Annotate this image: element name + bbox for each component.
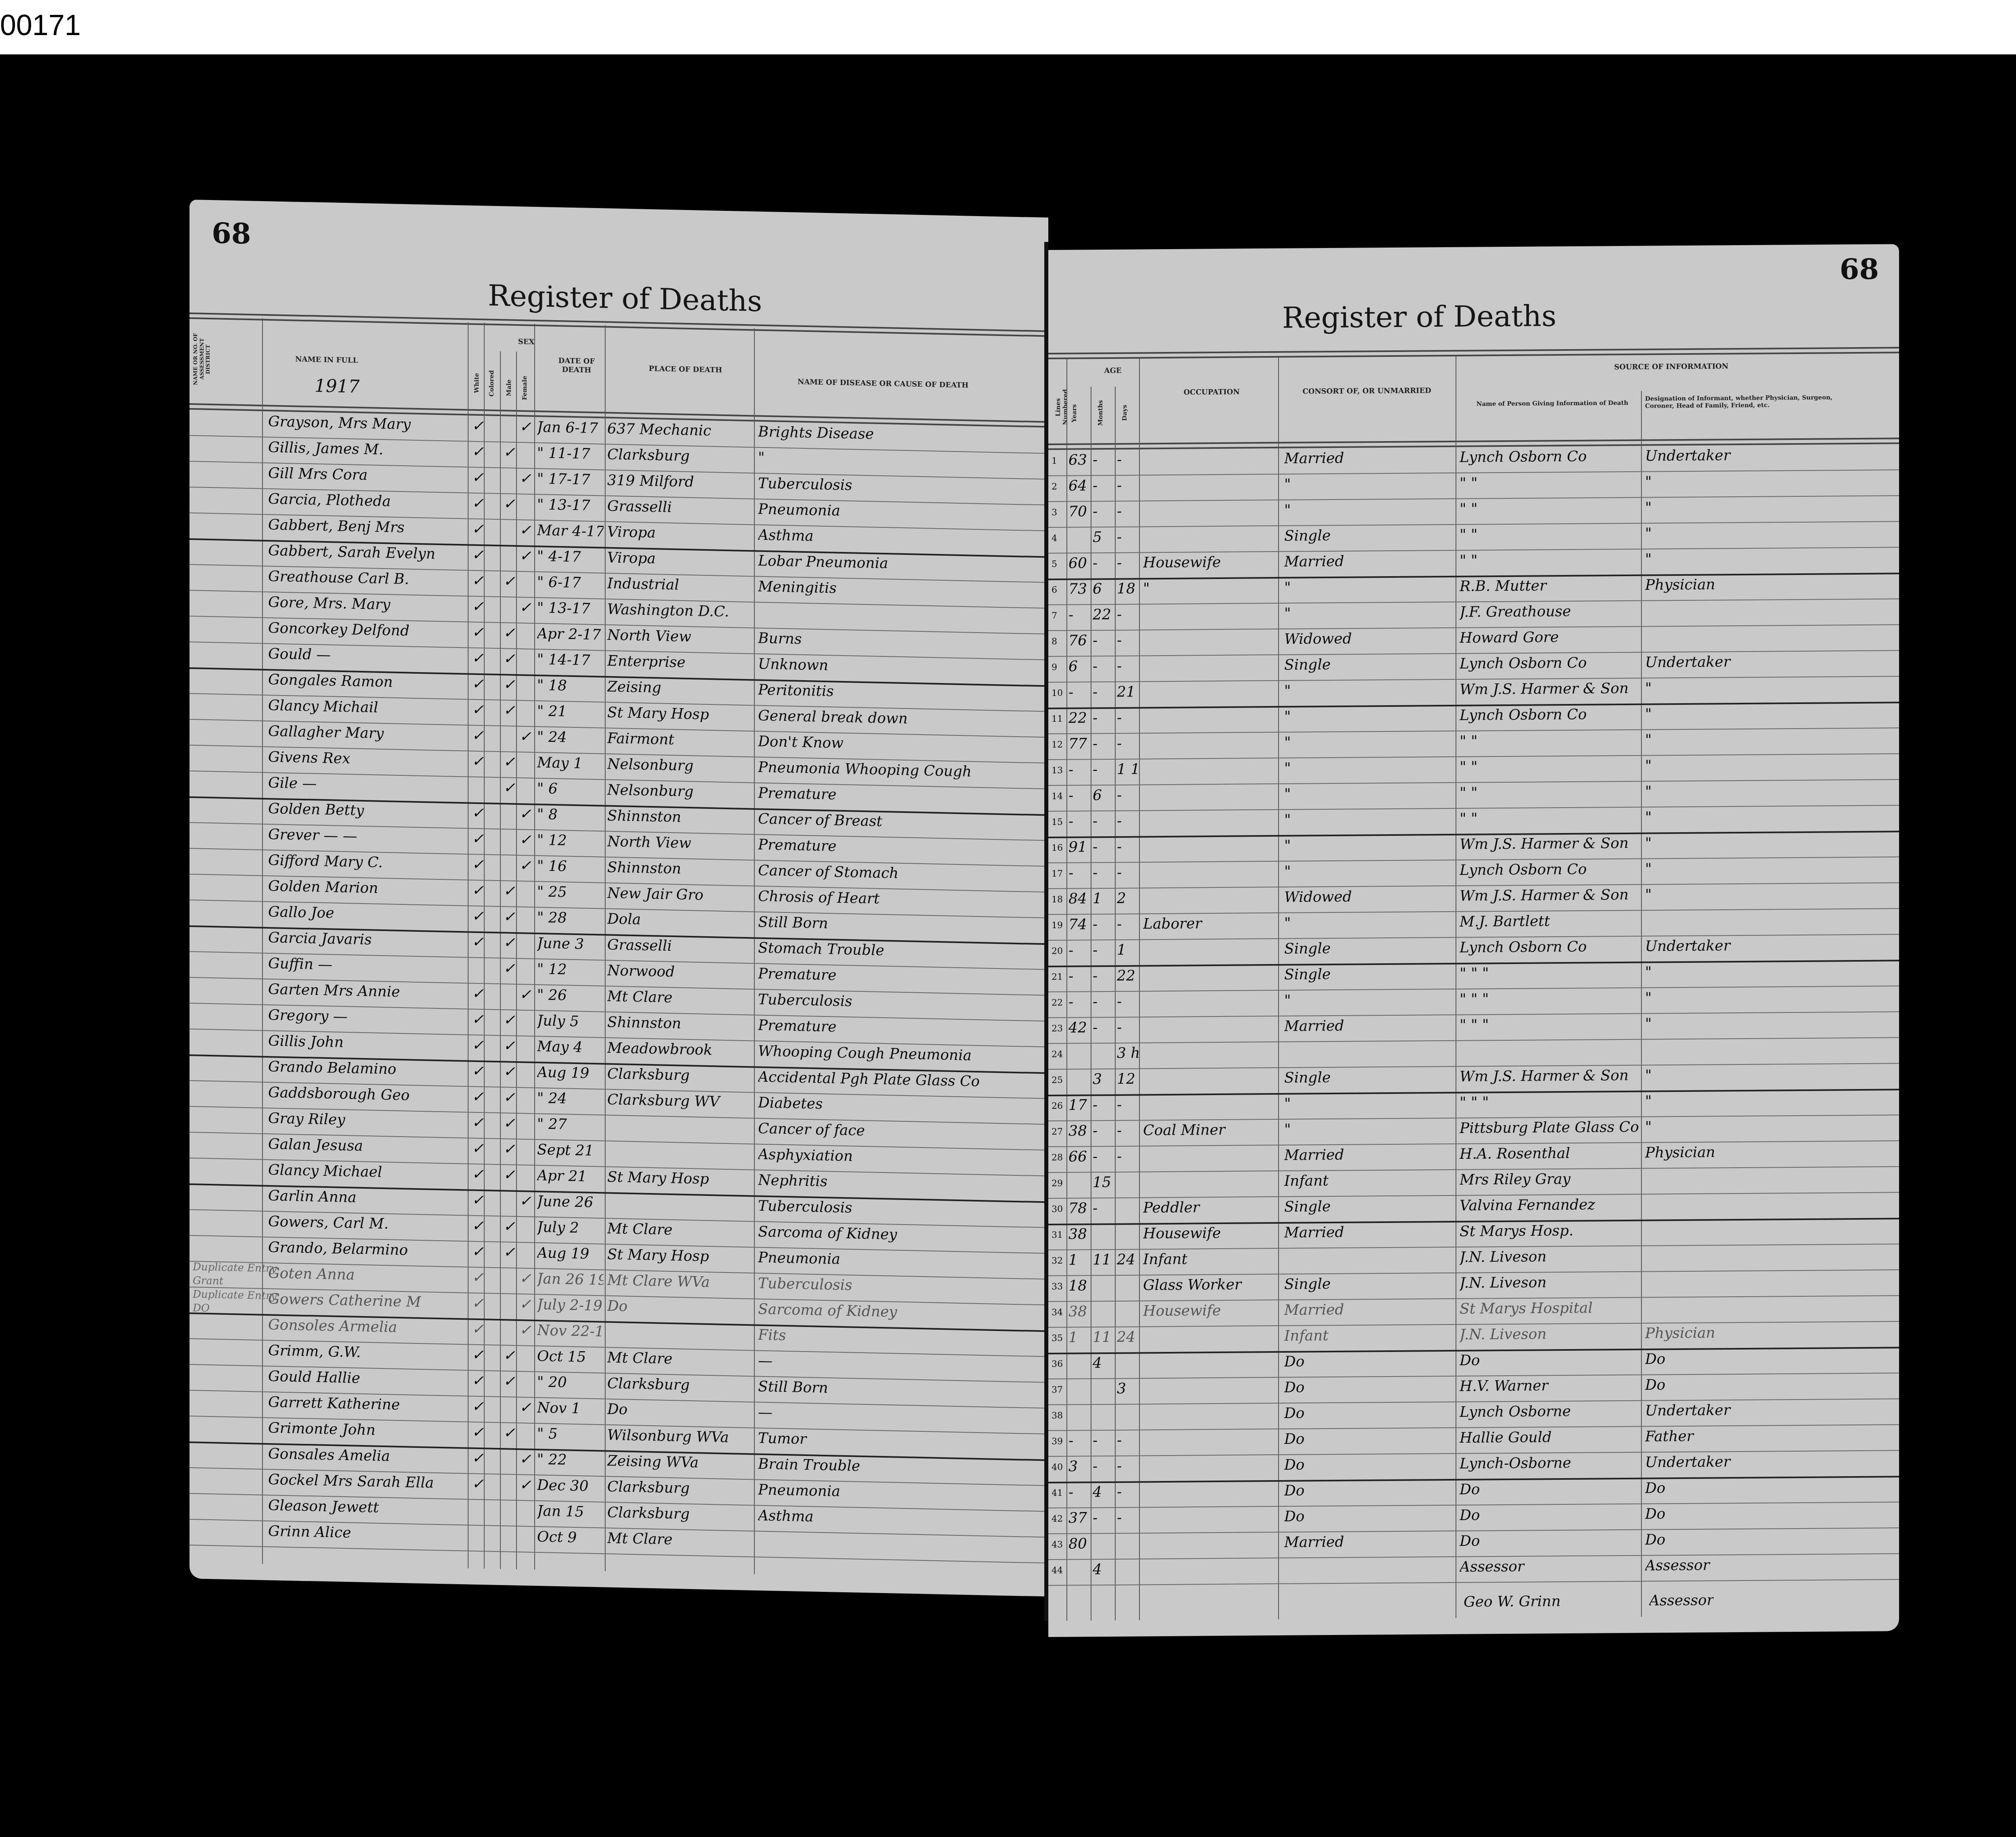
consort-status: Married	[1284, 1533, 1454, 1551]
white-check: ✓	[472, 702, 484, 719]
place-of-death: Do	[607, 1298, 752, 1318]
occupation	[1143, 1483, 1276, 1483]
cause-of-death: Meningitis	[758, 579, 1040, 601]
date-of-death: " 12	[537, 832, 604, 850]
date-of-death: " 24	[537, 1090, 604, 1108]
age-days: -	[1117, 1432, 1139, 1448]
age-months: 15	[1093, 1174, 1115, 1191]
consort-status: Infant	[1284, 1327, 1454, 1344]
age-years: -	[1068, 1432, 1091, 1449]
white-check: ✓	[472, 573, 484, 589]
colored-check	[488, 857, 500, 857]
consort-status: Single	[1284, 1275, 1454, 1293]
cause-of-death: Peritonitis	[758, 682, 1040, 704]
informant-name: Mrs Riley Gray	[1460, 1171, 1639, 1188]
place-of-death: Mt Clare	[607, 1530, 752, 1550]
deceased-name: Gonsoles Armelia	[268, 1316, 466, 1337]
date-of-death: July 2	[537, 1219, 604, 1237]
informant-name: " "	[1460, 783, 1639, 801]
informant-name: H.V. Warner	[1460, 1377, 1639, 1395]
colored-check	[488, 496, 500, 496]
header-days: Days	[1121, 395, 1128, 431]
white-check: ✓	[472, 1114, 484, 1131]
place-of-death: Clarksburg WV	[607, 1091, 752, 1111]
female-check: ✓	[519, 470, 531, 487]
line-number: 43	[1052, 1540, 1066, 1550]
line-number: 27	[1052, 1127, 1066, 1137]
date-of-death: " 11-17	[537, 445, 604, 462]
line-number: 20	[1052, 946, 1066, 956]
consort-status: "	[1284, 862, 1454, 880]
consort-status: "	[1284, 604, 1454, 622]
age-days: 1 1/2	[1117, 761, 1139, 777]
age-years: -	[1068, 787, 1091, 804]
informant-designation: "	[1645, 523, 1887, 542]
line-number: 32	[1052, 1256, 1066, 1266]
margin-note: Grant	[193, 1275, 223, 1287]
consort-status: Do	[1284, 1404, 1454, 1422]
female-check: ✓	[519, 1322, 531, 1339]
age-months: -	[1093, 839, 1115, 855]
female-check	[519, 625, 531, 625]
age-days: -	[1117, 1019, 1139, 1035]
header-source: SOURCE OF INFORMATION	[1460, 361, 1883, 373]
male-check	[503, 1321, 515, 1322]
place-of-death: Norwood	[607, 962, 752, 982]
deceased-name: Gongales Ramon	[268, 671, 466, 692]
consort-status: Married	[1284, 552, 1454, 570]
age-years: 37	[1068, 1510, 1091, 1526]
consort-status: Do	[1284, 1378, 1454, 1396]
female-check	[519, 935, 531, 935]
margin-note: Duplicate Entry	[193, 1288, 277, 1302]
place-of-death: Meadowbrook	[607, 1040, 752, 1060]
consort-status	[1284, 1249, 1454, 1250]
consort-status: "	[1284, 1094, 1454, 1112]
age-months: 22	[1093, 606, 1115, 623]
colored-check	[488, 1347, 500, 1348]
age-months: -	[1093, 710, 1115, 726]
white-check: ✓	[472, 418, 484, 435]
informant-name: Lynch Osborn Co	[1460, 938, 1639, 956]
age-years: 91	[1068, 839, 1091, 855]
occupation	[1143, 1044, 1276, 1045]
cause-of-death: Still Born	[758, 1379, 1040, 1401]
line-number: 23	[1052, 1024, 1066, 1034]
white-check: ✓	[472, 1295, 484, 1312]
occupation	[1143, 1431, 1276, 1432]
consort-status: "	[1284, 836, 1454, 854]
deceased-name: Gaddsborough Geo	[268, 1084, 466, 1105]
age-days: -	[1117, 735, 1139, 752]
informant-designation	[1645, 1298, 1887, 1299]
cause-of-death: General break down	[758, 708, 1040, 730]
informant-name: " "	[1460, 500, 1639, 517]
female-check	[519, 754, 531, 754]
date-of-death: Jan 6-17	[537, 419, 604, 437]
age-months: -	[1093, 555, 1115, 571]
deceased-name: Goten Anna	[268, 1265, 466, 1285]
age-months: -	[1093, 1432, 1115, 1449]
colored-check	[488, 883, 500, 883]
age-days: -	[1117, 658, 1139, 674]
line-number: 2	[1052, 482, 1066, 492]
age-years: 18	[1068, 1277, 1091, 1294]
male-check	[503, 418, 515, 419]
female-check: ✓	[519, 831, 531, 848]
place-of-death: St Mary Hosp	[607, 1169, 752, 1189]
white-check: ✓	[472, 1192, 484, 1209]
female-check	[519, 883, 531, 883]
line-number: 12	[1052, 740, 1066, 750]
female-check: ✓	[519, 857, 531, 874]
colored-check	[488, 1012, 500, 1012]
footer-designation: Assessor	[1649, 1592, 1714, 1609]
frame-label: 00171	[0, 9, 81, 42]
place-of-death: Shinnston	[607, 859, 752, 879]
cause-of-death: Chrosis of Heart	[758, 888, 1040, 911]
informant-name: J.N. Liveson	[1460, 1325, 1639, 1343]
consort-status: "	[1284, 991, 1454, 1009]
consort-status: Single	[1284, 527, 1454, 544]
female-check: ✓	[519, 1270, 531, 1287]
place-of-death: Shinnston	[607, 808, 752, 827]
male-check	[503, 1502, 515, 1502]
informant-designation: Physician	[1645, 575, 1887, 593]
consort-status: Single	[1284, 656, 1454, 673]
age-months: 6	[1093, 787, 1115, 804]
line-number: 19	[1052, 921, 1066, 931]
date-of-death: Apr 2-17	[537, 625, 604, 643]
place-of-death: Nelsonburg	[607, 756, 752, 776]
age-years: 60	[1068, 555, 1091, 571]
age-days: -	[1117, 477, 1139, 494]
date-of-death: " 25	[537, 883, 604, 901]
informant-name: Assessor	[1460, 1558, 1639, 1575]
place-of-death: 637 Mechanic	[607, 421, 752, 440]
male-check	[503, 728, 515, 728]
white-check: ✓	[472, 521, 484, 538]
deceased-name: Garrett Katherine	[268, 1394, 466, 1414]
informant-designation: Do	[1645, 1478, 1887, 1496]
place-of-death: Industrial	[607, 575, 752, 595]
consort-status: Do	[1284, 1481, 1454, 1499]
colored-check	[488, 908, 500, 909]
line-number: 24	[1052, 1050, 1066, 1060]
line-number: 42	[1052, 1514, 1066, 1524]
female-check: ✓	[519, 1477, 531, 1493]
age-months: 11	[1093, 1252, 1115, 1268]
deceased-name: Gregory —	[268, 1007, 466, 1027]
consort-status: Do	[1284, 1430, 1454, 1448]
white-check: ✓	[472, 1140, 484, 1157]
informant-name: St Marys Hosp.	[1460, 1222, 1639, 1240]
deceased-name: Gowers, Carl M.	[268, 1213, 466, 1234]
age-days: -	[1117, 787, 1139, 803]
age-days: -	[1117, 916, 1139, 932]
line-number: 11	[1052, 714, 1066, 724]
informant-name: Howard Gore	[1460, 629, 1639, 646]
age-months: 3	[1093, 1071, 1115, 1087]
deceased-name: Gillis, James M.	[268, 439, 466, 460]
age-years: 64	[1068, 477, 1091, 494]
female-check	[519, 1012, 531, 1012]
cause-of-death: Pneumonia Whooping Cough	[758, 759, 1040, 782]
white-check: ✓	[472, 1398, 484, 1415]
date-of-death: " 21	[537, 703, 604, 721]
informant-designation	[1645, 910, 1887, 912]
header-informant-designation: Designation of Informant, whether Physic…	[1645, 394, 1847, 409]
deceased-name: Grayson, Mrs Mary	[268, 413, 466, 434]
age-days: -	[1117, 451, 1139, 468]
occupation	[1143, 1534, 1276, 1535]
header-date: DATE OF DEATH	[544, 356, 609, 375]
deceased-name: Grever — —	[268, 826, 466, 847]
age-days: -	[1117, 1148, 1139, 1164]
informant-designation	[1645, 1220, 1887, 1222]
white-check: ✓	[472, 1011, 484, 1028]
informant-designation: "	[1645, 678, 1887, 696]
informant-name: " "	[1460, 551, 1639, 569]
place-of-death: New Jair Gro	[607, 885, 752, 905]
age-days: 2	[1117, 890, 1139, 906]
place-of-death: Nelsonburg	[607, 782, 752, 802]
age-years: 42	[1068, 1019, 1091, 1036]
cause-of-death: Cancer of Breast	[758, 811, 1040, 833]
informant-name: Pittsburg Plate Glass Co	[1460, 1119, 1639, 1137]
informant-designation: "	[1645, 885, 1887, 903]
date-of-death: Nov 1	[537, 1400, 604, 1417]
line-number: 10	[1052, 688, 1066, 698]
informant-designation	[1645, 1194, 1887, 1196]
line-number: 30	[1052, 1204, 1066, 1214]
female-check	[519, 677, 531, 677]
male-check: ✓	[503, 1373, 515, 1390]
age-months: 4	[1093, 1484, 1115, 1500]
deceased-name: Golden Marion	[268, 878, 466, 898]
place-of-death: Viropa	[607, 550, 752, 569]
line-number: 1	[1052, 456, 1066, 466]
white-check: ✓	[472, 1166, 484, 1183]
line-number: 36	[1052, 1359, 1066, 1369]
informant-designation: Assessor	[1645, 1556, 1887, 1574]
place-of-death: Clarksburg	[607, 1066, 752, 1085]
age-months: -	[1093, 477, 1115, 494]
deceased-name: Grimm, G.W.	[268, 1342, 466, 1363]
header-age: AGE	[1068, 366, 1157, 375]
header-occupation: OCCUPATION	[1145, 387, 1278, 397]
informant-name: Lynch Osborn Co	[1460, 706, 1639, 724]
age-months: -	[1093, 1019, 1115, 1036]
deceased-name: Gould Hallie	[268, 1368, 466, 1389]
colored-check	[488, 521, 500, 522]
deceased-name: Garcia, Plotheda	[268, 491, 466, 511]
age-days: 3	[1117, 1380, 1139, 1397]
age-days: -	[1117, 709, 1139, 726]
place-of-death: Dola	[607, 911, 752, 931]
place-of-death	[607, 1195, 752, 1198]
colored-check	[488, 1063, 500, 1064]
informant-name: Lynch Osborne	[1460, 1403, 1639, 1420]
occupation	[1143, 528, 1276, 529]
date-of-death: " 6-17	[537, 574, 604, 592]
deceased-name: Gleason Jewett	[268, 1497, 466, 1518]
deceased-name: Galan Jesusa	[268, 1136, 466, 1156]
female-check: ✓	[519, 419, 531, 435]
cause-of-death: Asphyxiation	[758, 1146, 1040, 1169]
cause-of-death: Cancer of face	[758, 1121, 1040, 1143]
male-check	[503, 831, 515, 831]
occupation	[1143, 657, 1276, 658]
male-check: ✓	[503, 625, 515, 641]
occupation	[1143, 450, 1276, 451]
informant-name: Wm J.S. Harmer & Son	[1460, 887, 1639, 904]
line-number: 4	[1052, 533, 1066, 544]
female-check	[519, 780, 531, 780]
white-check: ✓	[472, 650, 484, 667]
informant-designation	[1645, 1168, 1887, 1170]
informant-designation: Undertaker	[1645, 652, 1887, 671]
colored-check	[488, 650, 500, 651]
cause-of-death: Sarcoma of Kidney	[758, 1224, 1040, 1246]
place-of-death: Zeising	[607, 679, 752, 698]
male-check	[503, 805, 515, 806]
line-number: 38	[1052, 1411, 1066, 1421]
deceased-name: Grimonte John	[268, 1420, 466, 1440]
place-of-death: St Mary Hosp	[607, 704, 752, 724]
margin-note: DO	[193, 1302, 210, 1314]
occupation	[1143, 889, 1276, 890]
informant-designation: "	[1645, 807, 1887, 825]
date-of-death: Apr 21	[537, 1167, 604, 1185]
header-white: White	[473, 363, 480, 403]
header-colored: Colored	[488, 363, 495, 404]
male-check	[503, 1399, 515, 1399]
informant-name: Wm J.S. Harmer & Son	[1460, 835, 1639, 853]
colored-check	[488, 1037, 500, 1038]
female-check: ✓	[519, 728, 531, 745]
white-check: ✓	[472, 1063, 484, 1080]
place-of-death: Washington D.C.	[607, 601, 752, 621]
occupation: "	[1143, 579, 1276, 597]
female-check	[519, 1373, 531, 1374]
female-check	[519, 1244, 531, 1245]
age-years: 84	[1068, 890, 1091, 907]
place-of-death: Viropa	[607, 524, 752, 544]
deceased-name: Gifford Mary C.	[268, 852, 466, 873]
informant-name: Lynch Osborn Co	[1460, 654, 1639, 672]
white-check: ✓	[472, 1450, 484, 1467]
date-of-death: Jan 26 1917	[537, 1270, 604, 1288]
age-years: 74	[1068, 916, 1091, 933]
informant-name: Lynch Osborn Co	[1460, 861, 1639, 879]
occupation: Infant	[1143, 1250, 1276, 1268]
cause-of-death: Burns	[758, 630, 1040, 653]
male-check: ✓	[503, 573, 515, 590]
age-years: -	[1068, 864, 1091, 881]
date-of-death: " 5	[537, 1425, 604, 1443]
occupation: Coal Miner	[1143, 1121, 1276, 1139]
female-check	[519, 1064, 531, 1064]
date-of-death: " 6	[537, 780, 604, 798]
line-number: 41	[1052, 1488, 1066, 1498]
line-number: 15	[1052, 817, 1066, 827]
cause-of-death: Premature	[758, 966, 1040, 988]
male-check	[503, 1270, 515, 1270]
date-of-death: Aug 19	[537, 1064, 604, 1082]
cause-of-death: Premature	[758, 837, 1040, 859]
line-number: 18	[1052, 895, 1066, 905]
consort-status: "	[1284, 810, 1454, 828]
male-check	[503, 1476, 515, 1477]
age-months: -	[1093, 1458, 1115, 1475]
cause-of-death: Brain Trouble	[758, 1456, 1040, 1479]
header-district: Name or No. of Assessment District	[193, 325, 217, 394]
line-number: 22	[1052, 998, 1066, 1008]
age-days: 22	[1117, 967, 1139, 984]
cause-of-death: —	[758, 1353, 1040, 1375]
informant-designation: Physician	[1645, 1323, 1887, 1341]
consort-status: "	[1284, 578, 1454, 596]
deceased-name: Gockel Mrs Sarah Ella	[268, 1471, 466, 1492]
cause-of-death: Nephritis	[758, 1172, 1040, 1195]
colored-check	[488, 625, 500, 625]
informant-designation: "	[1645, 1117, 1887, 1135]
place-of-death: Zeising WVa	[607, 1453, 752, 1473]
informant-name: J.N. Liveson	[1460, 1248, 1639, 1266]
male-check: ✓	[503, 1012, 515, 1029]
white-check: ✓	[472, 831, 484, 848]
deceased-name: Gray Riley	[268, 1110, 466, 1131]
white-check: ✓	[472, 1476, 484, 1493]
informant-designation: Undertaker	[1645, 1401, 1887, 1419]
age-days: -	[1117, 554, 1139, 571]
informant-designation	[1645, 601, 1887, 602]
deceased-name: Grando Belamino	[268, 1058, 466, 1079]
male-check: ✓	[503, 1166, 515, 1183]
occupation	[1143, 734, 1276, 735]
age-days: 3 hrs	[1117, 1045, 1139, 1061]
colored-check	[488, 676, 500, 677]
male-check: ✓	[503, 1425, 515, 1441]
female-check	[519, 909, 531, 909]
consort-status: "	[1284, 785, 1454, 802]
informant-designation: "	[1645, 549, 1887, 567]
deceased-name: Glancy Michail	[268, 697, 466, 718]
date-of-death: " 28	[537, 909, 604, 927]
white-check: ✓	[472, 882, 484, 899]
consort-status: Do	[1284, 1507, 1454, 1525]
male-check	[503, 857, 515, 857]
female-check: ✓	[519, 599, 531, 616]
colored-check	[488, 1218, 500, 1218]
consort-status: Do	[1284, 1456, 1454, 1473]
colored-check	[488, 1425, 500, 1425]
female-check	[519, 651, 531, 651]
informant-name: " " "	[1460, 1093, 1639, 1111]
occupation	[1143, 786, 1276, 787]
deceased-name: Gillis John	[268, 1033, 466, 1053]
consort-status: "	[1284, 733, 1454, 751]
informant-name: Do	[1460, 1480, 1639, 1498]
date-of-death: Mar 4-17	[537, 522, 604, 540]
informant-name: " " "	[1460, 1016, 1639, 1033]
place-of-death: Wilsonburg WVa	[607, 1427, 752, 1447]
age-months: 4	[1093, 1355, 1115, 1371]
informant-designation: Do	[1645, 1349, 1887, 1367]
date-of-death: July 5	[537, 1012, 604, 1030]
consort-status	[1284, 1043, 1454, 1044]
